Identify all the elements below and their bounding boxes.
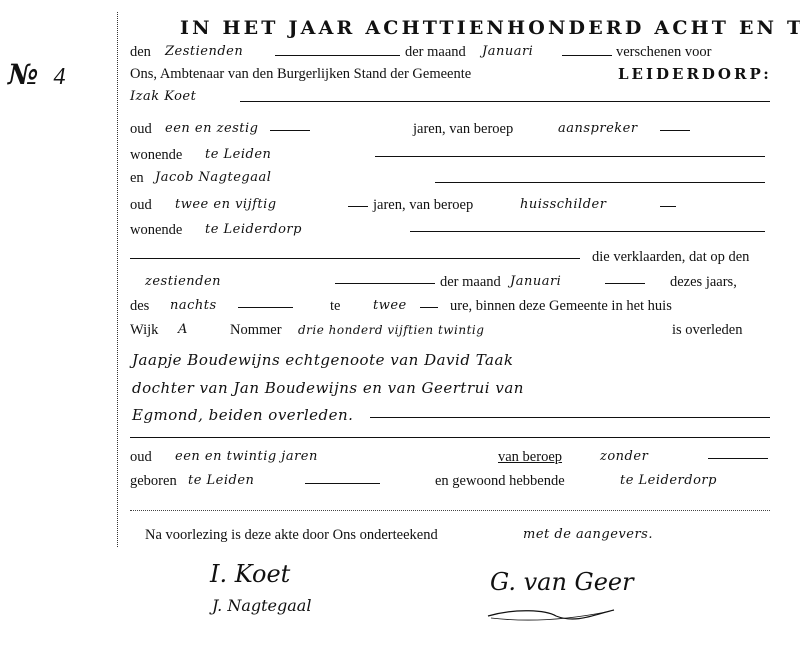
printed-der-maand: der maand [405,42,466,62]
hw-death-month: Januari [510,272,561,292]
blank-rule [130,437,770,438]
printed-declaration: die verklaarden, dat op den [592,247,749,267]
printed-oud: oud [130,119,152,139]
hw-occupation-1: aanspreker [558,119,638,139]
signature-witness-2: J. Nagtegaal [212,596,311,615]
printed-wonende-2: wonende [130,220,182,240]
line-official: Ons, Ambtenaar van den Burgerlijken Stan… [130,64,770,86]
printed-oud-3: oud [130,447,152,467]
line-deceased-3: Egmond, beiden overleden. [130,405,770,431]
hw-declarant-2: Jacob Nagtegaal [155,168,271,188]
printed-en: en [130,168,144,188]
printed-oud-2: oud [130,195,152,215]
line-deceased-age: oud een en twintig jaren van beroep zond… [130,447,770,469]
record-number: №4 [8,58,66,91]
printed-ure-binnen: ure, binnen deze Gemeente in het huis [450,296,672,316]
hw-death-day: zestienden [145,272,221,292]
hw-deceased-age: een en twintig jaren [175,447,318,467]
line-declarant-2: en Jacob Nagtegaal [130,168,770,190]
line-residence-2: wonende te Leiderdorp [130,220,770,242]
line-date: den Zestienden der maand Januari versche… [130,42,770,64]
line-deceased-2: dochter van Jan Boudewijns en van Geertr… [130,378,770,404]
line-age-2: oud twee en vijftig jaren, van beroep hu… [130,195,770,217]
hw-house-number: drie honderd vijftien twintig [298,320,484,340]
document-title: IN HET JAAR ACHTTIENHONDERD ACHT EN TACH… [180,17,800,39]
line-declarant-1: Izak Koet [130,87,770,109]
printed-gewoond: en gewoond hebbende [435,471,565,491]
signature-witness-1: I. Koet [210,560,290,588]
line-address: Wijk A Nommer drie honderd vijftien twin… [130,320,770,342]
printed-der-maand-2: der maand [440,272,501,292]
printed-wonende: wonende [130,145,182,165]
hw-deceased-parents: dochter van Jan Boudewijns en van Geertr… [132,378,524,398]
hw-deceased-occupation: zonder [600,447,648,467]
hw-residence-2: te Leiderdorp [205,220,302,240]
hw-deceased-parents-2: Egmond, beiden overleden. [132,405,353,425]
number-sign: № [8,58,39,91]
printed-jaren-beroep-2: jaren, van beroep [373,195,473,215]
hw-age-2: twee en vijftig [175,195,277,215]
printed-den: den [130,42,151,62]
printed-te: te [330,296,340,316]
hw-time-of-day: nachts [170,296,217,316]
civil-record-page: №4 IN HET JAAR ACHTTIENHONDERD ACHT EN T… [0,0,800,650]
line-birthplace: geboren te Leiden en gewoond hebbende te… [130,471,770,493]
hw-age-1: een en zestig [165,119,259,139]
hw-signed-with: met de aangevers. [523,525,653,545]
line-death-time: des nachts te twee ure, binnen deze Geme… [130,296,770,318]
record-number-value: 4 [53,64,66,90]
printed-nommer: Nommer [230,320,282,340]
printed-geboren: geboren [130,471,177,491]
hw-occupation-2: huisschilder [520,195,606,215]
hw-birthplace: te Leiden [188,471,254,491]
printed-des: des [130,296,149,316]
hw-declarant-1: Izak Koet [130,87,196,107]
line-deceased-1: Jaapje Boudewijns echtgenoote van David … [130,350,770,376]
printed-wijk: Wijk [130,320,158,340]
printed-verschenen: verschenen voor [616,42,711,62]
hw-month: Januari [482,42,533,62]
hw-wijk: A [178,320,188,340]
signature-official: G. van Geer [490,568,634,596]
hw-last-residence: te Leiderdorp [620,471,717,491]
municipality-name: LEIDERDORP: [618,64,772,84]
printed-van-beroep: van beroep [498,447,562,467]
margin-rule [117,12,118,547]
printed-jaren-beroep: jaren, van beroep [413,119,513,139]
printed-official: Ons, Ambtenaar van den Burgerlijken Stan… [130,64,471,84]
hw-hour: twee [373,296,407,316]
printed-is-overleden: is overleden [672,320,742,340]
line-death-date: zestienden der maand Januari dezes jaars… [130,272,770,294]
printed-voorlezing: Na voorlezing is deze akte door Ons onde… [145,525,438,545]
line-declaration: die verklaarden, dat op den [130,247,770,269]
line-age-1: oud een en zestig jaren, van beroep aans… [130,119,770,141]
dotted-rule [130,510,770,511]
line-residence-1: wonende te Leiden [130,145,770,167]
hw-deceased-name: Jaapje Boudewijns echtgenoote van David … [132,350,514,370]
printed-dezes-jaars: dezes jaars, [670,272,737,292]
line-signing: Na voorlezing is deze akte door Ons onde… [130,525,770,547]
hw-day: Zestienden [165,42,243,62]
signature-flourish-icon [486,606,616,626]
hw-residence-1: te Leiden [205,145,271,165]
